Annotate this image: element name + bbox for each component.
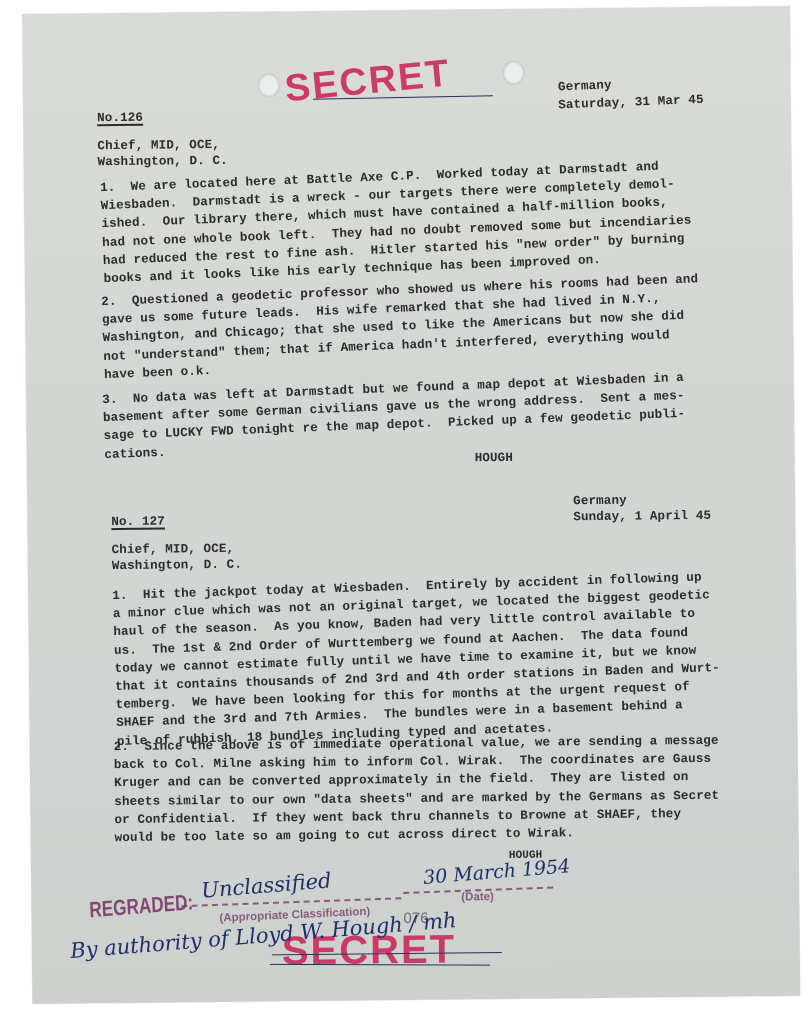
entry-126-location: Germany bbox=[558, 76, 612, 96]
entry-126-paragraph-2: 2. Questioned a geodetic professor who s… bbox=[101, 270, 701, 384]
date-handwritten: 30 March 1954 bbox=[422, 855, 571, 889]
date-caption: (Date) bbox=[461, 891, 494, 903]
entry-127-addressee-2: Washington, D. C. bbox=[112, 556, 242, 576]
entry-126-number: No.126 bbox=[97, 109, 143, 128]
regraded-stamp: REGRADED: bbox=[89, 889, 194, 923]
punch-hole-right bbox=[503, 61, 525, 85]
entry-127-number: No. 127 bbox=[111, 513, 165, 532]
entry-127-paragraph-1: 1. Hit the jackpot today at Wiesbaden. E… bbox=[112, 568, 722, 751]
document-page: SECRET Germany Saturday, 31 Mar 45 No.12… bbox=[22, 6, 800, 1004]
entry-126-signature: HOUGH bbox=[475, 449, 513, 468]
entry-126-paragraph-3: 3. No data was left at Darmstadt but we … bbox=[102, 369, 686, 464]
entry-126-paragraph-1: 1. We are located here at Battle Axe C.P… bbox=[100, 157, 693, 289]
entry-126-addressee-2: Washington, D. C. bbox=[97, 152, 227, 172]
entry-127-date: Sunday, 1 April 45 bbox=[573, 507, 711, 527]
secret-stamp-top: SECRET bbox=[283, 52, 453, 111]
classification-handwritten: Unclassified bbox=[200, 868, 332, 902]
punch-hole-left bbox=[258, 73, 280, 97]
entry-127-paragraph-2: 2. Since the above is of immediate opera… bbox=[114, 732, 720, 848]
